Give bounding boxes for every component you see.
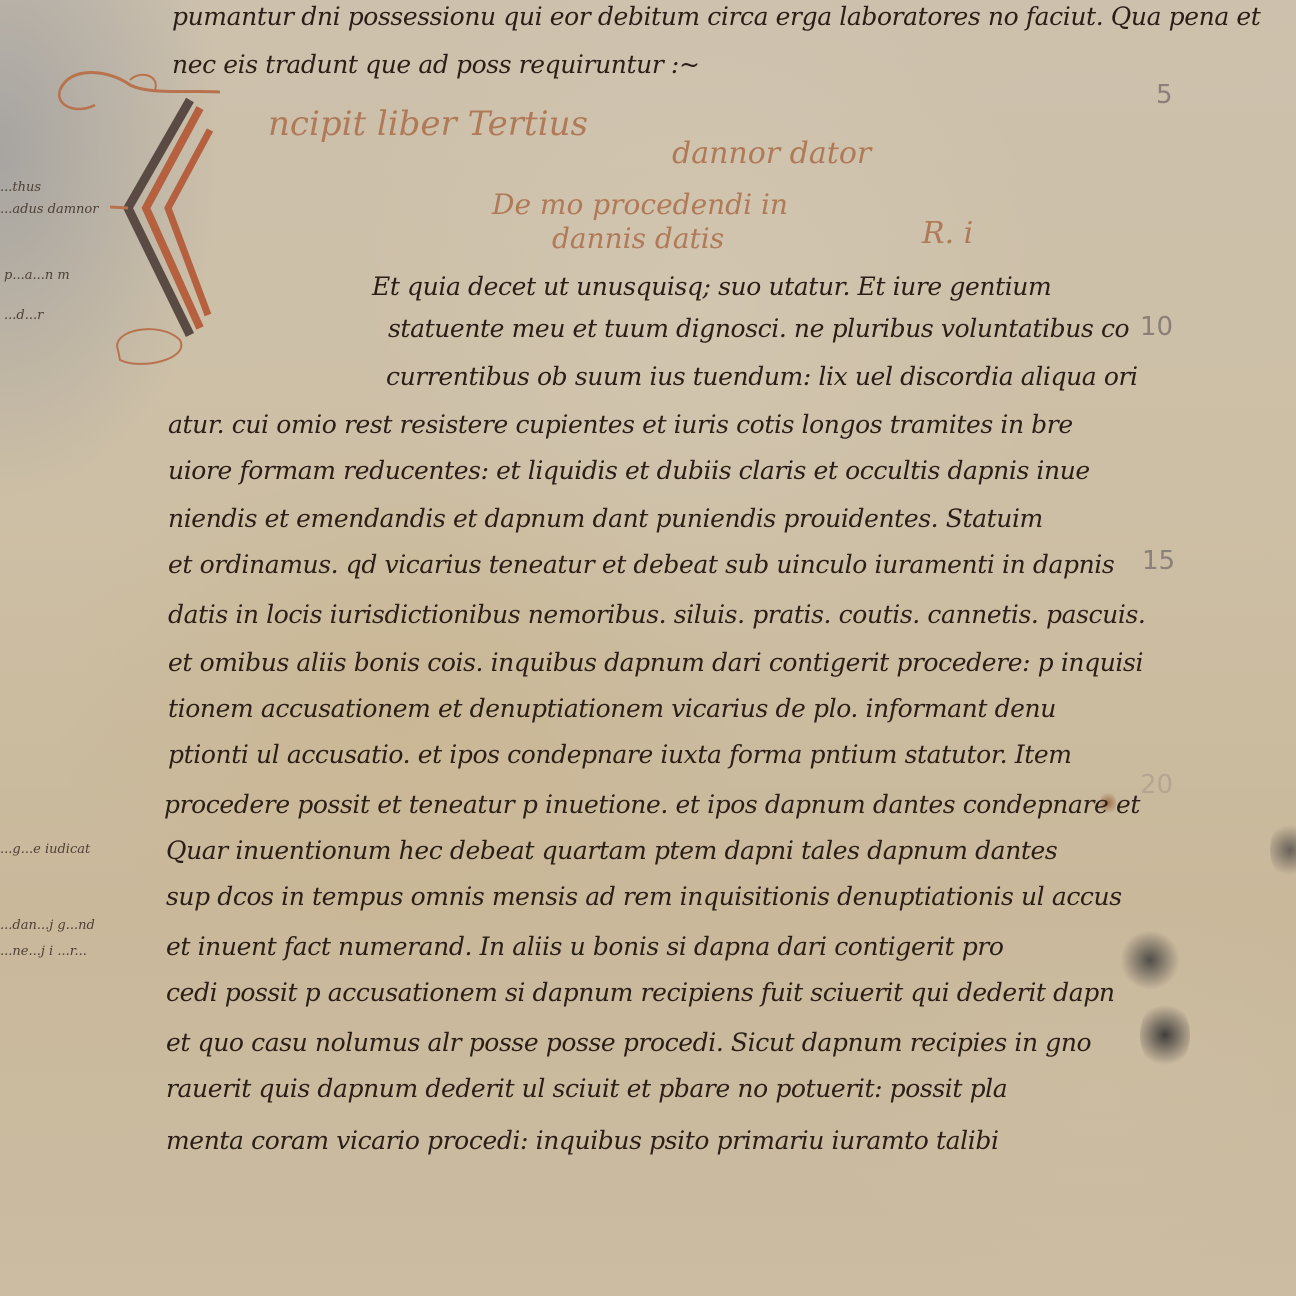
- margin-note: ...thus: [0, 180, 41, 195]
- body-text-line: datis in locis iurisdictionibus nemoribu…: [168, 600, 1145, 629]
- body-text-line: uiore formam reducentes: et liquidis et …: [168, 456, 1090, 485]
- line-number: 10: [1140, 312, 1173, 342]
- body-text-line: menta coram vicario procedi: inquibus ps…: [166, 1126, 999, 1155]
- body-text-line: niendis et emendandis et dapnum dant pun…: [168, 504, 1043, 533]
- body-text-line: Quar inuentionum hec debeat quartam ptem…: [166, 836, 1057, 865]
- body-text-line: sup dcos in tempus omnis mensis ad rem i…: [166, 882, 1122, 911]
- body-text-line: et omibus aliis bonis cois. inquibus dap…: [168, 648, 1143, 677]
- body-text-line: et inuent fact numerand. In aliis u boni…: [166, 932, 1004, 961]
- ink-stain: [1140, 1000, 1190, 1070]
- body-text-line: atur. cui omio rest resistere cupientes …: [168, 410, 1073, 439]
- line-number: 5: [1156, 80, 1173, 110]
- rubric-subheading: De mo procedendi in: [492, 188, 788, 221]
- body-text-line: et ordinamus. qd vicarius teneatur et de…: [168, 550, 1114, 579]
- decorated-initial-icon: [50, 60, 220, 390]
- body-text-line: et quo casu nolumus alr posse posse proc…: [166, 1028, 1091, 1057]
- margin-note: ...adus damnor: [0, 202, 98, 217]
- body-text-line: ptionti ul accusatio. et ipos condepnare…: [168, 740, 1072, 769]
- margin-note: ...dan...j g...nd: [0, 918, 95, 933]
- margin-note: ...d...r: [4, 308, 43, 323]
- paragraph-mark: R. i: [922, 216, 973, 251]
- rubric-heading-suffix: dannor dator: [672, 136, 871, 171]
- top-text-line: nec eis tradunt que ad poss requiruntur …: [172, 50, 700, 79]
- body-text-line: statuente meu et tuum dignosci. ne pluri…: [388, 314, 1129, 343]
- margin-note: ...ne...j i ...r...: [0, 944, 87, 959]
- ink-stain: [1120, 930, 1180, 990]
- margin-note: p...a...n m: [4, 268, 70, 283]
- rubric-subheading: dannis datis: [552, 222, 724, 255]
- line-number: 15: [1142, 546, 1175, 576]
- body-text-line: currentibus ob suum ius tuendum: lix uel…: [386, 362, 1138, 391]
- rubric-heading: ncipit liber Tertius: [268, 104, 588, 144]
- body-text-line: cedi possit p accusationem si dapnum rec…: [166, 978, 1115, 1007]
- body-text-line: Et quia decet ut unusquisq; suo utatur. …: [372, 272, 1051, 301]
- body-text-line: rauerit quis dapnum dederit ul sciuit et…: [166, 1074, 1007, 1103]
- margin-note: ...g...e iudicat: [0, 842, 90, 857]
- body-text-line: procedere possit et teneatur p inuetione…: [164, 790, 1140, 819]
- top-text-line: pumantur dni possessionu qui eor debitum…: [172, 2, 1260, 31]
- body-text-line: tionem accusationem et denuptiationem vi…: [168, 694, 1056, 723]
- line-number: 20: [1140, 770, 1173, 800]
